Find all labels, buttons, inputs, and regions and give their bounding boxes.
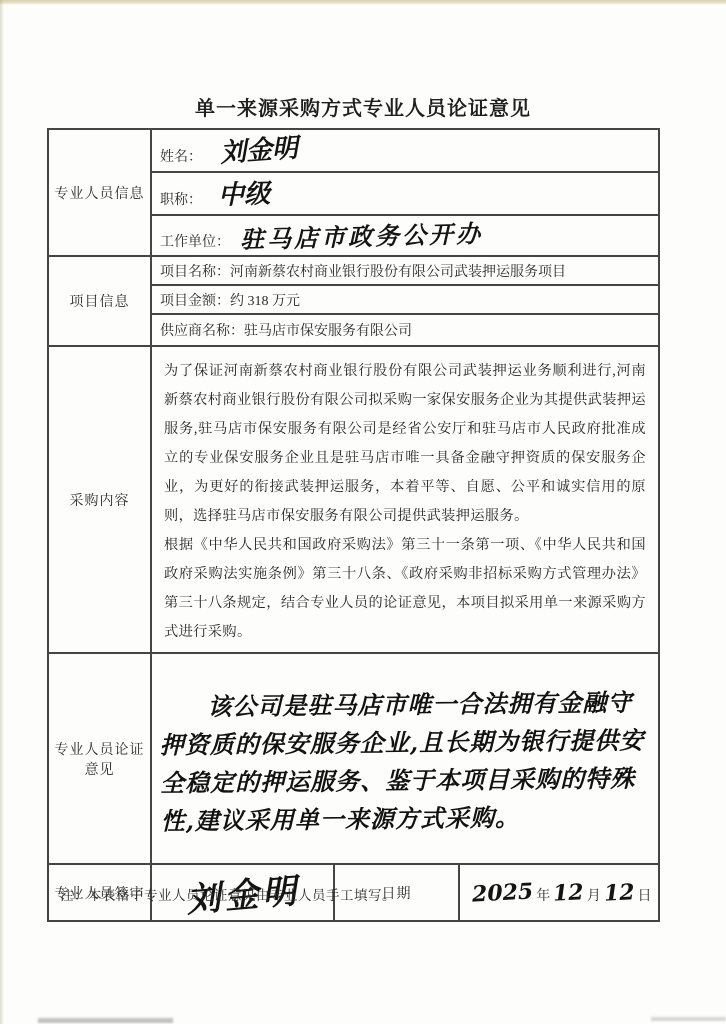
title-field-cell: 职称：中级 bbox=[151, 172, 659, 215]
footer-note: 注：本表格中专业人员论证意见由专业人员手工填写。 bbox=[60, 884, 396, 904]
date-month-unit: 月 bbox=[587, 889, 601, 904]
scan-edge-left bbox=[0, 0, 4, 1024]
document-title: 单一来源采购方式专业人员论证意见 bbox=[0, 92, 726, 121]
procurement-paragraph-2: 根据《中华人民共和国政府采购法》第三十一条第一项、《中华人民共和国政府采购法实施… bbox=[164, 531, 646, 647]
section-label-procurement-content: 采购内容 bbox=[48, 346, 151, 653]
section-label-project-info: 项目信息 bbox=[48, 256, 151, 346]
supplier-name-label: 供应商名称： bbox=[160, 320, 244, 340]
table-row: 专业人员信息 姓名：刘金明 bbox=[48, 129, 659, 172]
project-name-cell: 项目名称：河南新蔡农村商业银行股份有限公司武装押运服务项目 bbox=[151, 256, 659, 285]
work-unit-field-cell: 工作单位：驻马店市政务公开办 bbox=[151, 215, 659, 256]
date-year-handwritten: 2025 bbox=[471, 878, 534, 907]
date-day-unit: 日 bbox=[637, 889, 651, 904]
supplier-name-value: 驻马店市保安服务有限公司 bbox=[244, 324, 412, 339]
opinion-form-table: 专业人员信息 姓名：刘金明 职称：中级 工作单位：驻马店市政务公开办 项目信息 … bbox=[47, 128, 660, 922]
date-day-handwritten: 12 bbox=[603, 879, 635, 907]
table-row: 采购内容 为了保证河南新蔡农村商业银行股份有限公司武装押运业务顺利进行,河南新蔡… bbox=[48, 346, 659, 653]
section-label-expert-opinion: 专业人员论证 意见 bbox=[48, 653, 151, 864]
procurement-content-cell: 为了保证河南新蔡农村商业银行股份有限公司武装押运业务顺利进行,河南新蔡农村商业银… bbox=[151, 346, 659, 653]
job-title-label: 职称： bbox=[160, 189, 202, 209]
name-field-cell: 姓名：刘金明 bbox=[151, 129, 659, 172]
expert-opinion-cell: 该公司是驻马店市唯一合法拥有金融守押资质的保安服务企业,且长期为银行提供安全稳定… bbox=[151, 653, 659, 864]
scan-smudge-bottom-left bbox=[38, 1018, 173, 1023]
procurement-paragraph-1: 为了保证河南新蔡农村商业银行股份有限公司武装押运业务顺利进行,河南新蔡农村商业银… bbox=[164, 357, 646, 531]
expert-opinion-handwritten-text: 该公司是驻马店市唯一合法拥有金融守押资质的保安服务企业,且长期为银行提供安全稳定… bbox=[159, 683, 649, 840]
expert-opinion-label-line1: 专业人员论证 bbox=[49, 739, 150, 759]
date-cell: 2025年12月12日 bbox=[459, 864, 659, 921]
project-name-value: 河南新蔡农村商业银行股份有限公司武装押运服务项目 bbox=[230, 265, 566, 280]
date-month-handwritten: 12 bbox=[553, 879, 585, 907]
name-label: 姓名： bbox=[160, 146, 202, 166]
scanned-document-page: 单一来源采购方式专业人员论证意见 专业人员信息 姓名：刘金明 职称：中级 工作单… bbox=[0, 0, 726, 1024]
work-unit-label: 工作单位： bbox=[160, 231, 230, 251]
date-year-unit: 年 bbox=[536, 889, 550, 904]
project-amount-label: 项目金额： bbox=[160, 290, 230, 310]
project-amount-value: 约 318 万元 bbox=[230, 294, 300, 309]
work-unit-handwritten-value: 驻马店市政务公开办 bbox=[240, 215, 484, 255]
table-row: 专业人员论证 意见 该公司是驻马店市唯一合法拥有金融守押资质的保安服务企业,且长… bbox=[48, 653, 659, 864]
job-title-handwritten-value: 中级 bbox=[217, 173, 270, 212]
supplier-name-cell: 供应商名称：驻马店市保安服务有限公司 bbox=[151, 314, 659, 346]
project-name-label: 项目名称： bbox=[160, 261, 230, 281]
section-label-professional-info: 专业人员信息 bbox=[48, 129, 151, 256]
name-handwritten-value: 刘金明 bbox=[219, 129, 299, 170]
table-row: 项目信息 项目名称：河南新蔡农村商业银行股份有限公司武装押运服务项目 bbox=[48, 256, 659, 285]
scan-edge-top bbox=[0, 0, 726, 5]
project-amount-cell: 项目金额：约 318 万元 bbox=[151, 285, 659, 314]
scan-smudge-bottom-right bbox=[651, 1017, 726, 1021]
expert-opinion-label-line2: 意见 bbox=[49, 759, 150, 779]
